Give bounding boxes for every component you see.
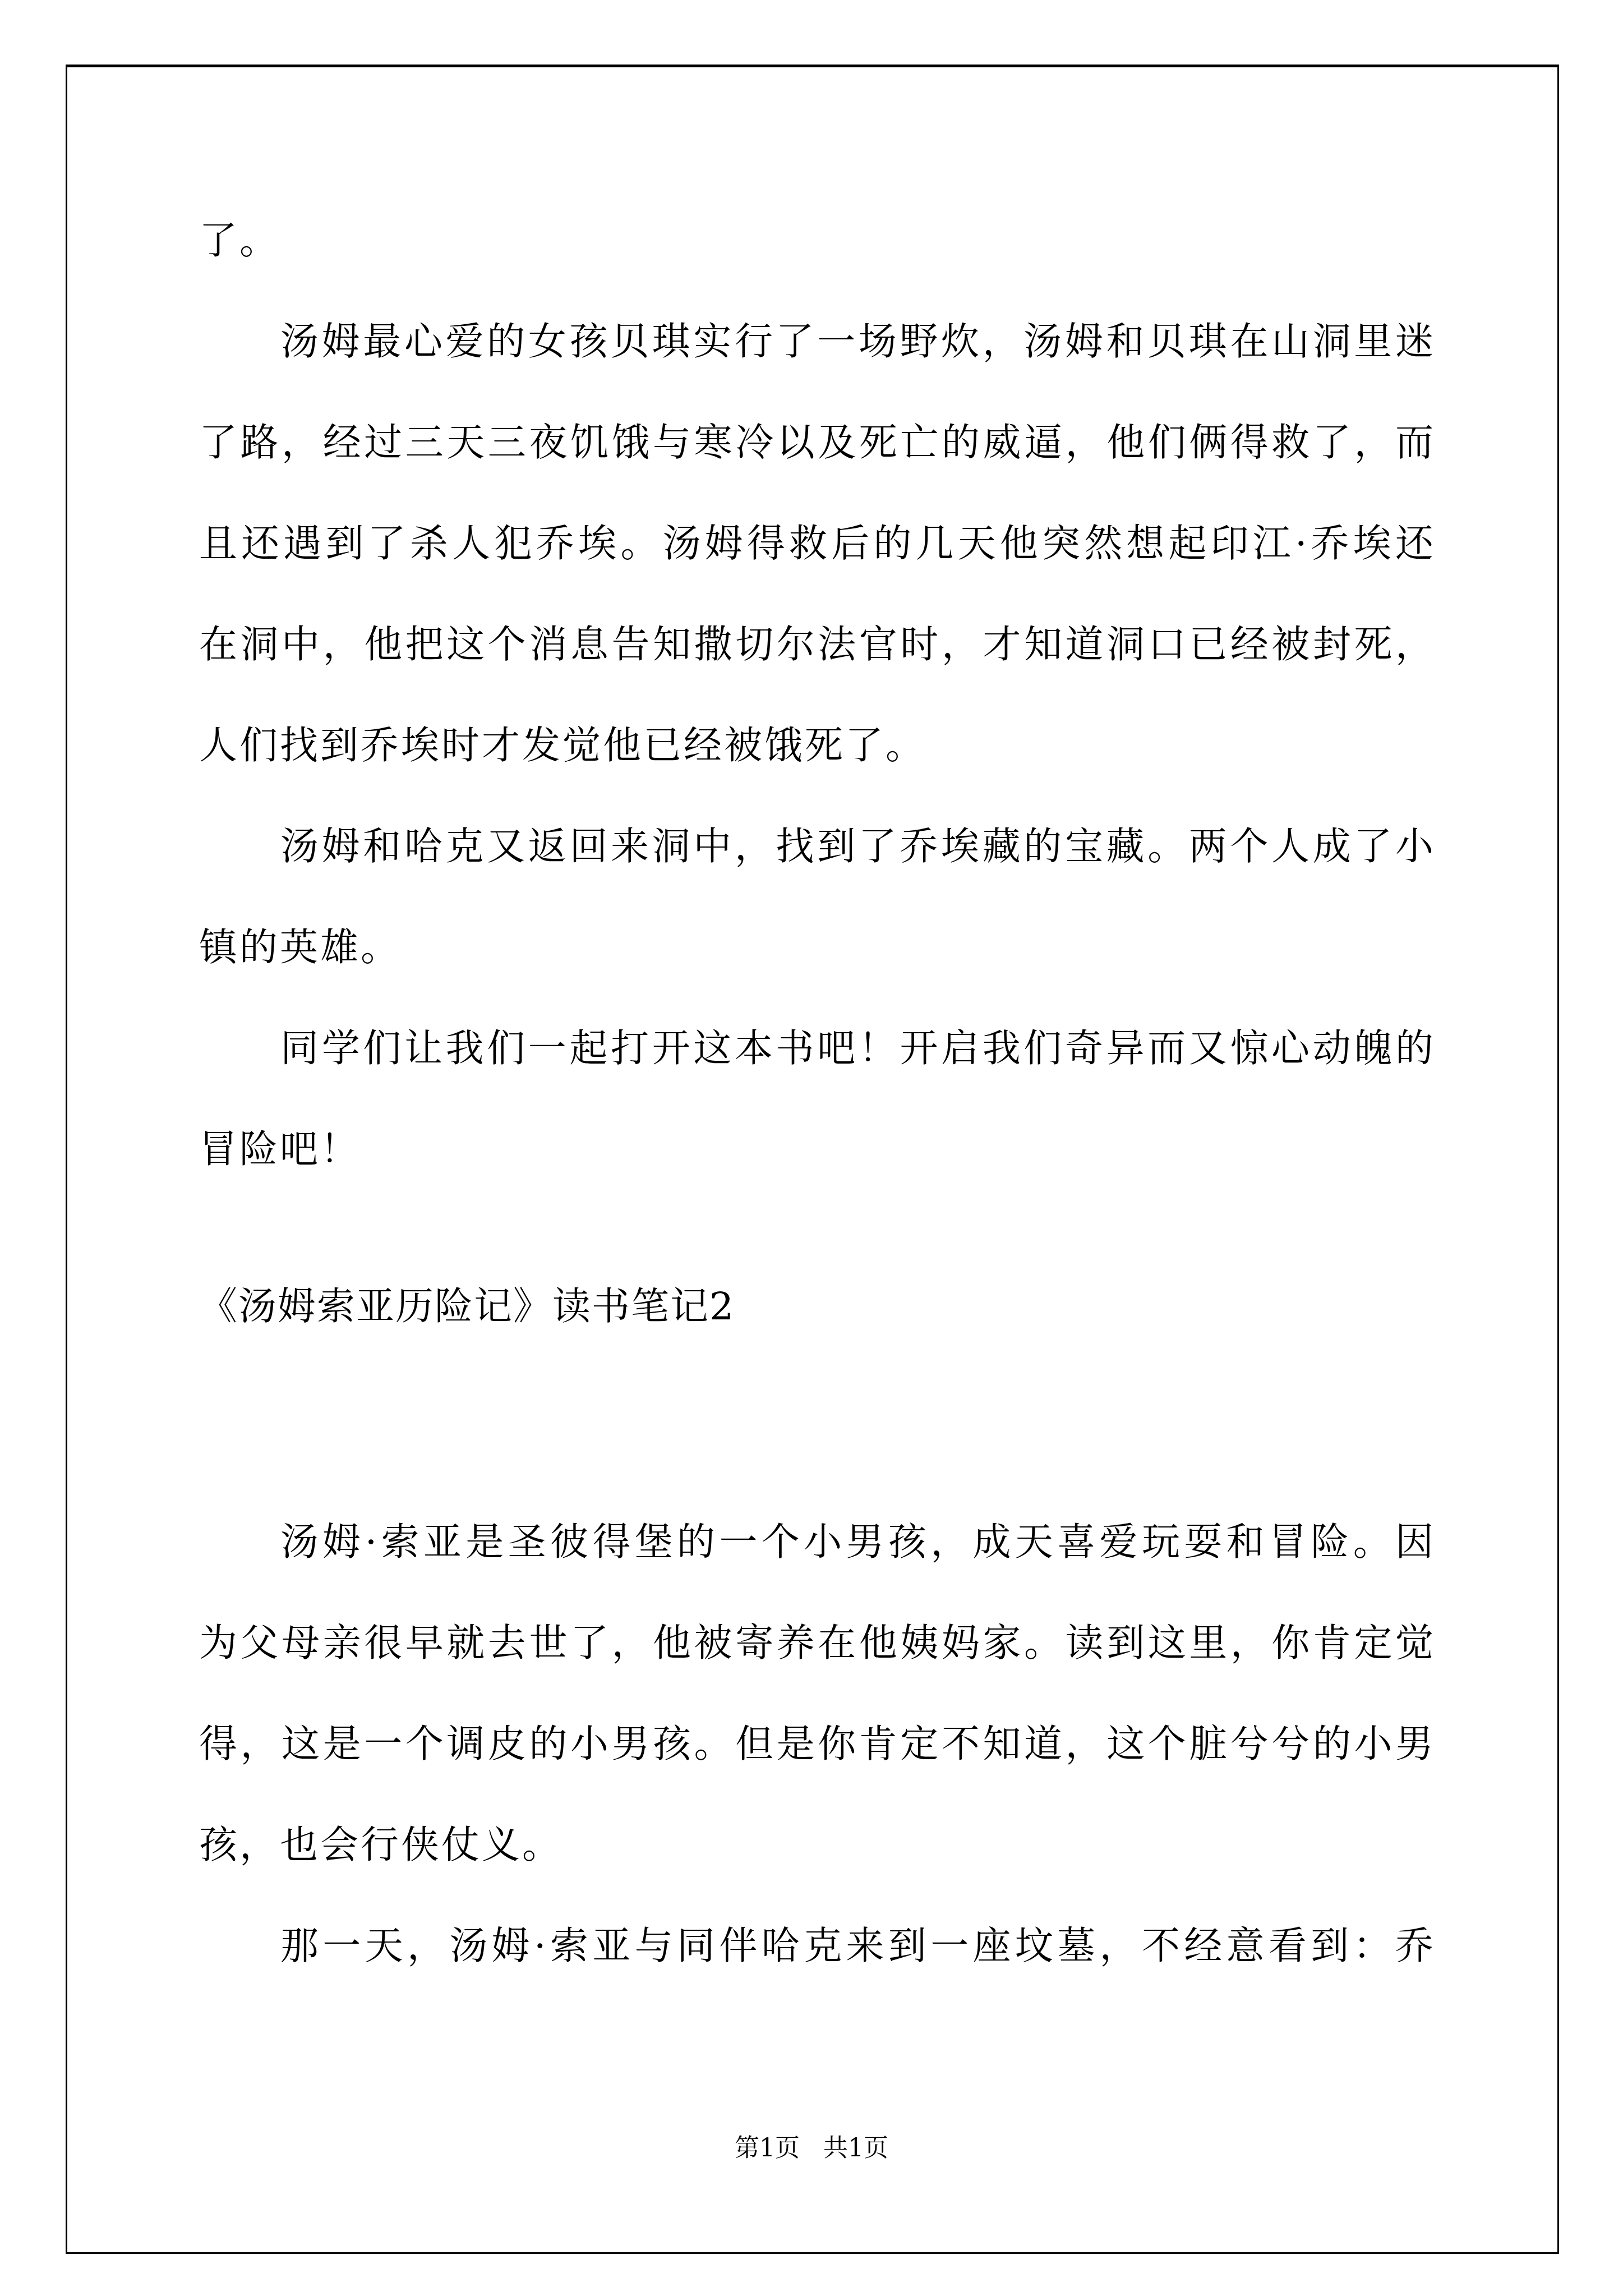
section-heading: 《汤姆索亚历险记》读书笔记2 xyxy=(199,1282,735,1332)
text-line: 汤姆和哈克又返回来洞中，找到了乔埃藏的宝藏。两个人成了小 xyxy=(280,822,1436,872)
text-line: 了路，经过三天三夜饥饿与寒冷以及死亡的威逼，他们俩得救了，而 xyxy=(199,418,1436,468)
page-number-current: 第1页 xyxy=(735,2134,800,2162)
text-line: 在洞中，他把这个消息告知撒切尔法官时，才知道洞口已经被封死， xyxy=(199,620,1436,670)
text-line: 同学们让我们一起打开这本书吧！开启我们奇异而又惊心动魄的 xyxy=(280,1024,1436,1074)
text-line: 得，这是一个调皮的小男孩。但是你肯定不知道，这个脏兮兮的小男 xyxy=(199,1719,1436,1770)
text-line: 汤姆·索亚是圣彼得堡的一个小男孩，成天喜爱玩耍和冒险。因 xyxy=(280,1517,1436,1568)
text-line: 且还遇到了杀人犯乔埃。汤姆得救后的几天他突然想起印江·乔埃还 xyxy=(199,519,1436,569)
text-line: 人们找到乔埃时才发觉他已经被饿死了。 xyxy=(199,721,1436,771)
text-line: 那一天，汤姆·索亚与同伴哈克来到一座坟墓，不经意看到：乔 xyxy=(280,1921,1436,1972)
text-line: 汤姆最心爱的女孩贝琪实行了一场野炊，汤姆和贝琪在山洞里迷 xyxy=(280,317,1436,367)
page-footer: 第1页 共1页 xyxy=(0,2132,1623,2165)
text-line: 了。 xyxy=(199,216,1436,266)
text-line: 冒险吧！ xyxy=(199,1125,1436,1175)
page-number-total: 共1页 xyxy=(823,2134,888,2162)
text-line: 镇的英雄。 xyxy=(199,923,1436,973)
text-line: 为父母亲很早就去世了，他被寄养在他姨妈家。读到这里，你肯定觉 xyxy=(199,1618,1436,1669)
text-line: 孩，也会行侠仗义。 xyxy=(199,1820,1436,1871)
